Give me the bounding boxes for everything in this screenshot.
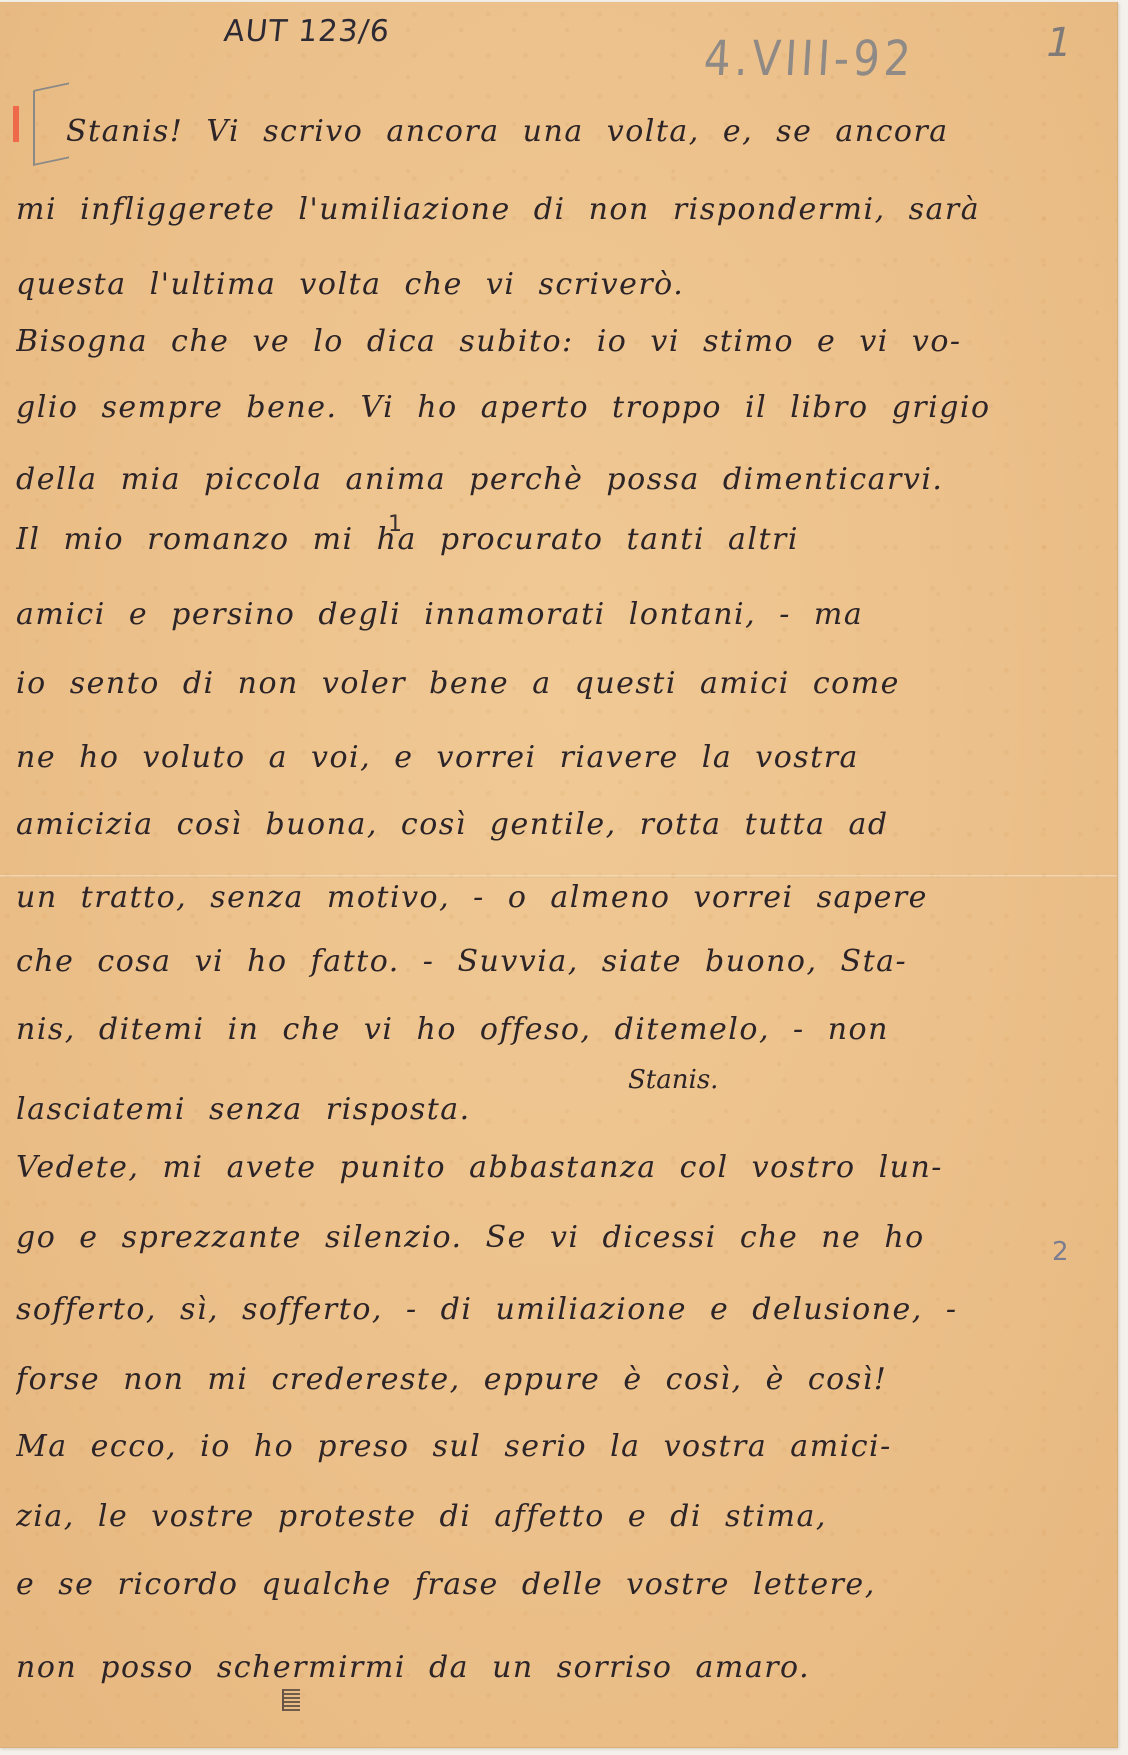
letter-line: Stanis! Vi scrivo ancora una volta, e, s… <box>66 114 1128 149</box>
pencil-bracket-mark <box>33 82 69 166</box>
letter-line: io sento di non voler bene a questi amic… <box>16 666 1106 701</box>
archive-reference: AUT 123/6 <box>222 14 391 49</box>
letter-page: AUT 123/6 4.VIII-92 1 2 Stanis! Vi scriv… <box>0 2 1118 1748</box>
letter-line: glio sempre bene. Vi ho aperto troppo il… <box>16 390 1106 425</box>
letter-line: che cosa vi ho fatto. - Suvvia, siate bu… <box>16 944 1106 979</box>
letter-line: ne ho voluto a voi, e vorrei riavere la … <box>16 740 1106 775</box>
letter-line: Vedete, mi avete punito abbastanza col v… <box>16 1150 1106 1185</box>
letter-line: amici e persino degli innamorati lontani… <box>16 597 1106 632</box>
letter-line: mi infliggerete l'umiliazione di non ris… <box>16 192 1106 227</box>
paper-fold-crease <box>0 875 1117 878</box>
footnote-marker: 1 <box>388 512 402 537</box>
letter-line: lasciatemi senza risposta. <box>16 1092 1106 1127</box>
ink-correction-mark <box>282 1689 300 1711</box>
letter-line: Bisogna che ve lo dica subito: io vi sti… <box>16 324 1106 359</box>
letter-line: nis, ditemi in che vi ho offeso, ditemel… <box>16 1012 1106 1047</box>
letter-line: questa l'ultima volta che vi scriverò. <box>16 267 1106 302</box>
letter-line: forse non mi credereste, eppure è così, … <box>16 1362 1106 1397</box>
letter-line: un tratto, senza motivo, - o almeno vorr… <box>16 880 1106 915</box>
letter-line: Il mio romanzo mi ha procurato tanti alt… <box>16 522 1106 557</box>
letter-line: della mia piccola anima perchè possa dim… <box>16 462 1106 497</box>
letter-line: sofferto, sì, sofferto, - di umiliazione… <box>16 1292 1106 1327</box>
letter-line: e se ricordo qualche frase delle vostre … <box>16 1567 1106 1602</box>
letter-line: non posso schermirmi da un sorriso amaro… <box>16 1650 1106 1685</box>
interlinear-insertion: Stanis. <box>628 1065 718 1095</box>
pencil-date: 4.VIII-92 <box>702 30 916 86</box>
red-margin-mark <box>13 106 19 142</box>
letter-line: amicizia così buona, così gentile, rotta… <box>16 807 1106 842</box>
letter-line: Ma ecco, io ho preso sul serio la vostra… <box>16 1429 1106 1464</box>
page-number: 1 <box>1041 20 1076 66</box>
letter-line: zia, le vostre proteste di affetto e di … <box>16 1499 1106 1534</box>
letter-line: go e sprezzante silenzio. Se vi dicessi … <box>16 1220 1106 1255</box>
